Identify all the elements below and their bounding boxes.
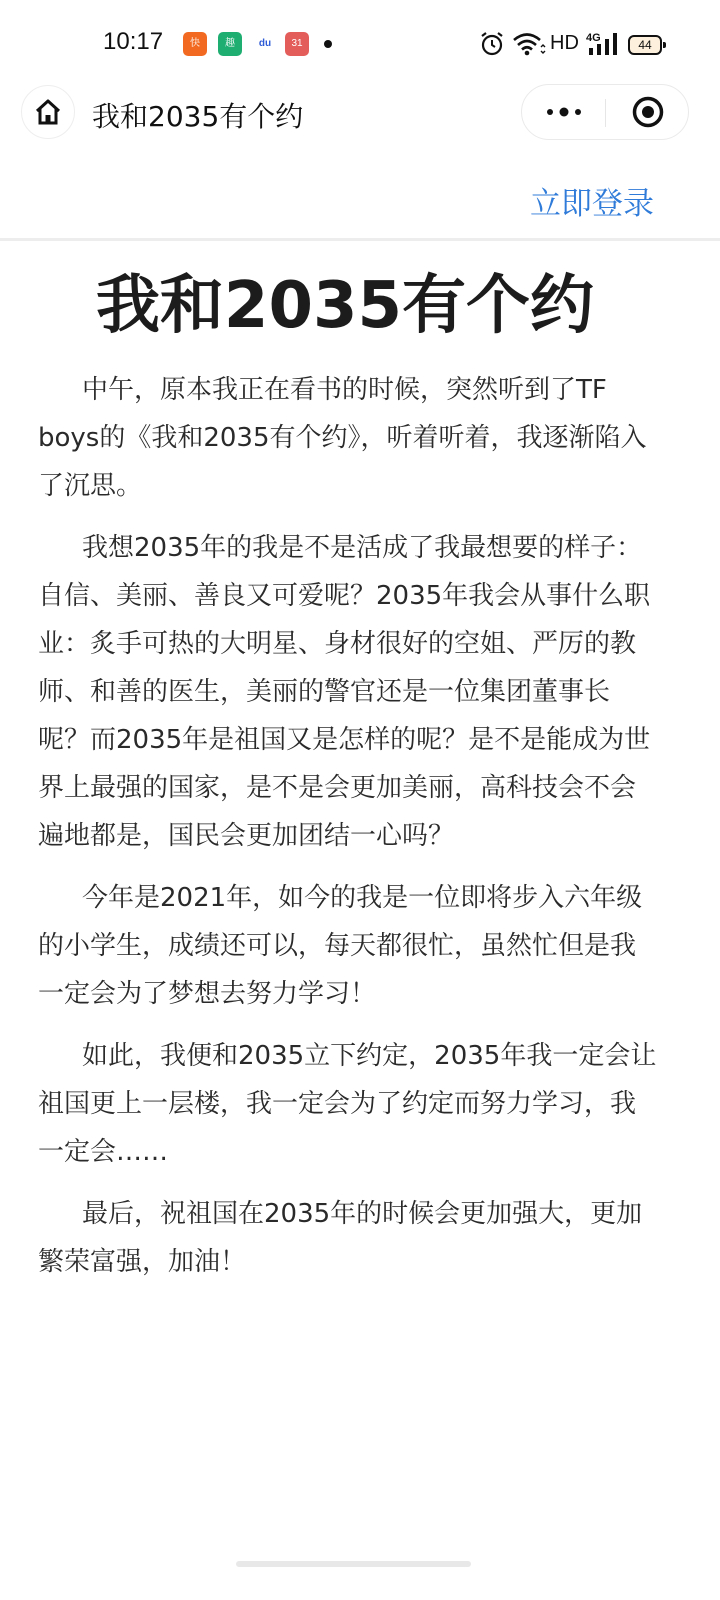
article-paragraph: 中午，原本我正在看书的时候，突然听到了TF boys的《我和2035有个约》，听… — [38, 366, 658, 510]
target-close-icon — [631, 95, 665, 129]
more-notifications-dot-icon — [324, 40, 332, 48]
qutoutiao-icon: 趣 — [218, 32, 242, 56]
baidu-icon: du — [253, 32, 277, 56]
article-title: 我和2035有个约 — [0, 254, 690, 346]
more-dots-icon — [544, 106, 584, 118]
close-miniprogram-button[interactable] — [606, 85, 689, 139]
header-divider — [0, 238, 720, 241]
article-paragraph: 如此，我便和2035立下约定，2035年我一定会让祖国更上一层楼，我一定会为了约… — [38, 1032, 658, 1176]
status-bar: 10:17 快 趣 du 31 HD 4G 44 — [0, 0, 720, 80]
capsule-menu — [521, 84, 689, 140]
more-button[interactable] — [522, 85, 605, 139]
calendar-icon: 31 — [285, 32, 309, 56]
nav-title: 我和2035有个约 — [92, 95, 303, 135]
article-paragraph: 我想2035年的我是不是活成了我最想要的样子：自信、美丽、善良又可爱呢？2035… — [38, 524, 658, 860]
wifi-icon — [512, 30, 546, 58]
signal-icon — [588, 30, 618, 58]
login-link[interactable]: 立即登录 — [530, 178, 654, 223]
battery-icon: 44 — [628, 35, 662, 55]
article-body: 中午，原本我正在看书的时候，突然听到了TF boys的《我和2035有个约》，听… — [38, 366, 658, 1300]
alarm-icon — [479, 30, 505, 58]
home-button[interactable] — [21, 85, 75, 139]
hd-indicator: HD — [550, 32, 579, 55]
home-indicator-bar[interactable] — [236, 1561, 471, 1567]
kuaishou-icon: 快 — [183, 32, 207, 56]
article-paragraph: 最后，祝祖国在2035年的时候会更加强大，更加繁荣富强，加油！ — [38, 1190, 658, 1286]
home-icon — [33, 97, 63, 127]
article-paragraph: 今年是2021年，如今的我是一位即将步入六年级的小学生，成绩还可以，每天都很忙，… — [38, 874, 658, 1018]
nav-bar: 我和2035有个约 — [0, 82, 720, 144]
status-time: 10:17 — [103, 28, 163, 56]
